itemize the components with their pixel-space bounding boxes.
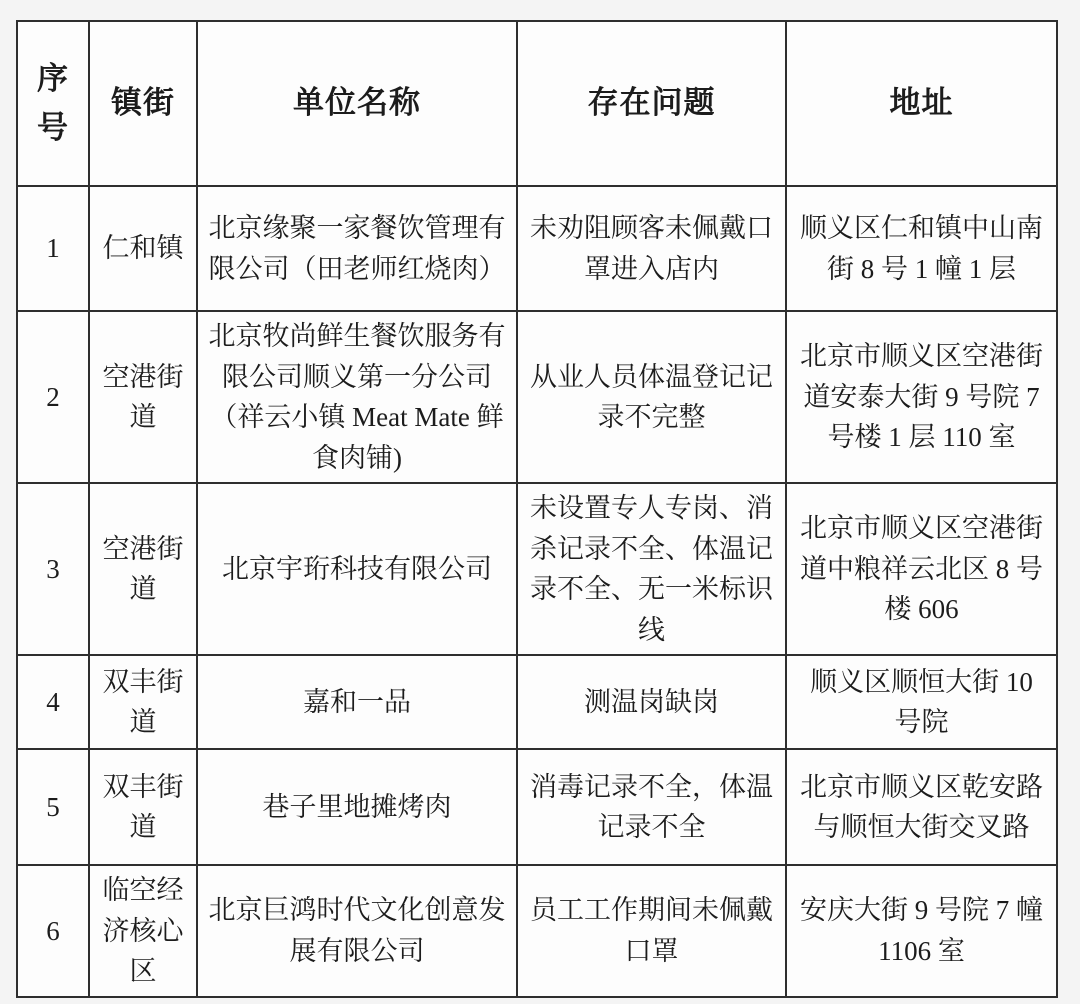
- cell-address: 北京市顺义区空港街道中粮祥云北区 8 号楼 606: [786, 483, 1057, 655]
- column-header-unit: 单位名称: [197, 21, 517, 186]
- cell-town: 双丰街道: [89, 749, 197, 865]
- cell-problem: 员工工作期间未佩戴口罩: [517, 865, 786, 997]
- cell-unit: 北京宇珩科技有限公司: [197, 483, 517, 655]
- column-header-problem: 存在问题: [517, 21, 786, 186]
- cell-town: 空港街道: [89, 483, 197, 655]
- cell-town: 双丰街道: [89, 655, 197, 749]
- cell-no: 6: [17, 865, 89, 997]
- header-row: 序号 镇街 单位名称 存在问题 地址: [17, 21, 1057, 186]
- table-row: 3 空港街道 北京宇珩科技有限公司 未设置专人专岗、消杀记录不全、体温记录不全、…: [17, 483, 1057, 655]
- column-header-town: 镇街: [89, 21, 197, 186]
- cell-no: 5: [17, 749, 89, 865]
- cell-problem: 未设置专人专岗、消杀记录不全、体温记录不全、无一米标识线: [517, 483, 786, 655]
- cell-problem: 测温岗缺岗: [517, 655, 786, 749]
- cell-problem: 消毒记录不全，体温记录不全: [517, 749, 786, 865]
- cell-problem: 未劝阻顾客未佩戴口罩进入店内: [517, 186, 786, 311]
- cell-unit: 北京缘聚一家餐饮管理有限公司（田老师红烧肉）: [197, 186, 517, 311]
- cell-no: 2: [17, 311, 89, 483]
- table-row: 5 双丰街道 巷子里地摊烤肉 消毒记录不全，体温记录不全 北京市顺义区乾安路与顺…: [17, 749, 1057, 865]
- cell-unit: 巷子里地摊烤肉: [197, 749, 517, 865]
- cell-no: 1: [17, 186, 89, 311]
- column-header-no: 序号: [17, 21, 89, 186]
- column-header-address: 地址: [786, 21, 1057, 186]
- cell-no: 3: [17, 483, 89, 655]
- cell-unit: 北京牧尚鲜生餐饮服务有限公司顺义第一分公司 （祥云小镇 Meat Mate 鲜食…: [197, 311, 517, 483]
- cell-address: 顺义区顺恒大街 10 号院: [786, 655, 1057, 749]
- cell-town: 临空经济核心区: [89, 865, 197, 997]
- page: 序号 镇街 单位名称 存在问题 地址 1 仁和镇 北京缘聚一家餐饮管理有限公司（…: [0, 0, 1080, 1004]
- cell-address: 北京市顺义区空港街道安泰大街 9 号院 7 号楼 1 层 110 室: [786, 311, 1057, 483]
- cell-address: 顺义区仁和镇中山南街 8 号 1 幢 1 层: [786, 186, 1057, 311]
- cell-no: 4: [17, 655, 89, 749]
- violations-table: 序号 镇街 单位名称 存在问题 地址 1 仁和镇 北京缘聚一家餐饮管理有限公司（…: [16, 20, 1058, 998]
- cell-unit: 嘉和一品: [197, 655, 517, 749]
- cell-town: 仁和镇: [89, 186, 197, 311]
- cell-unit: 北京巨鸿时代文化创意发展有限公司: [197, 865, 517, 997]
- table-row: 6 临空经济核心区 北京巨鸿时代文化创意发展有限公司 员工工作期间未佩戴口罩 安…: [17, 865, 1057, 997]
- cell-address: 北京市顺义区乾安路与顺恒大街交叉路: [786, 749, 1057, 865]
- table-row: 1 仁和镇 北京缘聚一家餐饮管理有限公司（田老师红烧肉） 未劝阻顾客未佩戴口罩进…: [17, 186, 1057, 311]
- table-row: 2 空港街道 北京牧尚鲜生餐饮服务有限公司顺义第一分公司 （祥云小镇 Meat …: [17, 311, 1057, 483]
- cell-problem: 从业人员体温登记记录不完整: [517, 311, 786, 483]
- cell-address: 安庆大街 9 号院 7 幢 1106 室: [786, 865, 1057, 997]
- cell-town: 空港街道: [89, 311, 197, 483]
- table-row: 4 双丰街道 嘉和一品 测温岗缺岗 顺义区顺恒大街 10 号院: [17, 655, 1057, 749]
